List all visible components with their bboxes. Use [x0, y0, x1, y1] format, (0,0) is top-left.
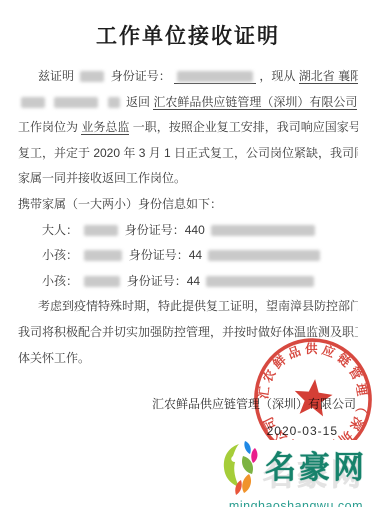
from-text: ，现从 [259, 69, 295, 83]
redacted-family-name [84, 276, 120, 287]
family-role: 小孩： [42, 248, 78, 262]
site-watermark: 名豪网 名豪网 minghaoshangwu.com [185, 440, 367, 504]
position-label: 工作岗位为 [18, 120, 78, 134]
id-label: 身份证号： [111, 69, 171, 83]
para1-line4: 复工，并定于 2020 年 3 月 1 日正式复工，公司岗位紧缺，我司同意本人及… [18, 141, 358, 167]
redacted-family-id [211, 225, 315, 236]
position-rest: 一职，按照企业复工安排，我司响应国家号召，积极开展 [133, 120, 358, 134]
signature-company: 汇农鲜品供应链管理（深圳）有限公司 [152, 395, 356, 412]
para1-line5: 家属一同并接收返回工作岗位。 [18, 166, 358, 192]
certify-prefix: 兹证明 [38, 69, 74, 83]
redacted-address-2 [54, 97, 98, 108]
para2-line1: 考虑到疫情特殊时期，特此提供复工证明，望南漳县防控部门领导批准同意， [18, 294, 358, 320]
para1-line2: 返回 汇农鲜品供应链管理（深圳）有限公司 工作， [18, 90, 358, 116]
family-id-prefix: 44 [187, 274, 200, 288]
family-role: 小孩： [42, 274, 78, 288]
minghao-logo-icon [219, 440, 263, 496]
family-id-label: 身份证号： [129, 248, 189, 262]
redacted-name [80, 71, 104, 82]
para1-line3: 工作岗位为 业务总监 一职，按照企业复工安排，我司响应国家号召，积极开展 [18, 115, 358, 141]
position-title: 业务总监 [81, 120, 129, 135]
family-row-adult: 大人： 身份证号：440 [18, 218, 358, 244]
redacted-address-1 [21, 97, 45, 108]
redacted-family-name [84, 225, 118, 236]
family-id-label: 身份证号： [127, 274, 187, 288]
redacted-family-id [208, 250, 320, 261]
redacted-address-3 [108, 97, 120, 108]
origin-province-city: 湖北省 襄阳市 [299, 69, 358, 84]
watermark-site-name: 名豪网 [265, 448, 367, 488]
family-id-label: 身份证号： [125, 223, 185, 237]
redacted-family-name [84, 250, 122, 261]
watermark-site-url: minghaoshangwu.com [229, 498, 363, 507]
return-text: 返回 [126, 95, 150, 109]
redacted-id-number [177, 71, 253, 82]
redacted-family-id [206, 276, 314, 287]
family-row-child-2: 小孩： 身份证号：44 [18, 269, 358, 295]
family-intro: 携带家属（一大两小）身份信息如下： [18, 192, 358, 218]
family-id-prefix: 440 [185, 223, 205, 237]
para1-line1: 兹证明 身份证号： ，现从 湖北省 襄阳市 [18, 64, 358, 90]
para2-line2: 我司将积极配合并切实加强防控管理，并按时做好体温监测及职工以及家属的身 [18, 320, 358, 346]
company-name-inline: 汇农鲜品供应链管理（深圳）有限公司 [153, 95, 357, 110]
family-role: 大人： [42, 223, 78, 237]
para2-line3: 体关怀工作。 [18, 346, 358, 372]
family-id-prefix: 44 [189, 248, 202, 262]
signature-date: 2020-03-15 [267, 424, 338, 438]
document-title: 工作单位接收证明 [0, 20, 376, 50]
certificate-document: 工作单位接收证明 兹证明 身份证号： ，现从 湖北省 襄阳市 返回 汇农鲜品供应… [0, 0, 376, 507]
document-body: 兹证明 身份证号： ，现从 湖北省 襄阳市 返回 汇农鲜品供应链管理（深圳）有限… [0, 50, 376, 371]
family-row-child-1: 小孩： 身份证号：44 [18, 243, 358, 269]
